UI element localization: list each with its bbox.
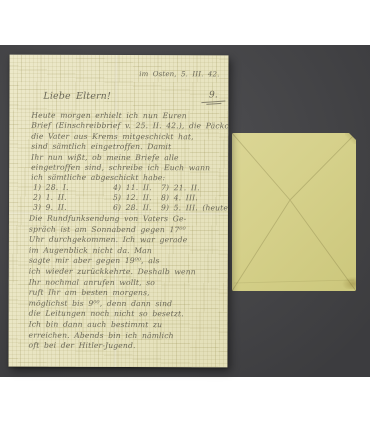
date-entry: 6) 28. II. [113,203,161,213]
letter-line: spräch ist am Sonnabend gegen 17⁰⁰ [29,224,196,235]
date-entry: 3) 9. II. [33,203,113,213]
letter-line: Heute morgen erhielt ich nun Euren [31,111,228,122]
letter-line: erreichen. Abends bin ich nämlich [29,330,196,341]
letter-line: eingetroffen sind, schreibe ich Euch wan… [31,163,228,174]
date-entry: 5) 12. II. [113,193,161,203]
letter-page-number: 9. [199,82,227,104]
letter-line: im Augenblick nicht da. Man [29,245,196,256]
letter-paragraph-1: Heute morgen erhielt ich nun Euren Brief… [31,111,228,185]
letter-line: Ihr nun wißt, ob meine Briefe alle [31,152,228,163]
letter-line: sind sämtlich eingetroffen. Damit [31,142,228,153]
envelope-crease-lines [232,133,356,291]
letter-line: Die Rundfunksendung von Vaters Ge- [29,214,196,225]
date-entry: 1) 28. I. [33,183,113,193]
letter-dateline: im Osten, 5. III. 42. [139,70,219,78]
letter-date-list: 1) 28. I.4) 11. II.7) 21. II. 2) 1. II.5… [33,183,229,214]
letter-line: möglichst bis 9⁰⁰, denn dann sind [29,298,196,309]
letter-line: oft bei der Hitler-Jugend. [29,341,196,352]
letter-line: die Vater aus Krems mitgeschickt hat, [31,132,228,143]
page-number-underline [206,103,221,105]
letter-salutation: Liebe Eltern! [43,91,111,102]
letter-line: die Leitungen noch nicht so besetzt. [29,309,196,320]
envelope-back [232,133,356,291]
page-number-text: 9. [209,90,218,100]
letter-line: Ich bin dann auch bestimmt zu [29,320,196,331]
letter-line: ich wieder zurückkehrte. Deshalb wenn [29,267,196,278]
date-entry: 8) 4. III. [161,193,198,202]
photo-backdrop: im Osten, 5. III. 42. 9. Liebe Eltern! H… [0,45,370,377]
letter-line: sagte mir aber gegen 19⁰⁰, als [29,256,196,267]
letter-line: Uhr durchgekommen. Ich war gerade [29,235,196,246]
letter-line: ruft Ihr am besten morgens, [29,288,196,299]
letter-paragraph-2: Die Rundfunksendung von Vaters Ge- spräc… [29,214,196,352]
photo-frame: im Osten, 5. III. 42. 9. Liebe Eltern! H… [0,0,370,423]
date-entry: 9) 5. III. (heute früh) [161,204,229,213]
letter-line: Ihr nochmal anrufen wollt, so [29,277,196,288]
date-entry: 2) 1. II. [33,193,113,203]
date-entry: 4) 11. II. [113,183,161,193]
date-list-row: 3) 9. II.6) 28. II.9) 5. III. (heute frü… [33,203,229,214]
date-entry: 7) 21. II. [161,183,200,192]
letter-line: Brief (Einschreibbrief v. 25. II. 42.), … [31,121,228,132]
letter-sheet: im Osten, 5. III. 42. 9. Liebe Eltern! H… [8,55,228,368]
